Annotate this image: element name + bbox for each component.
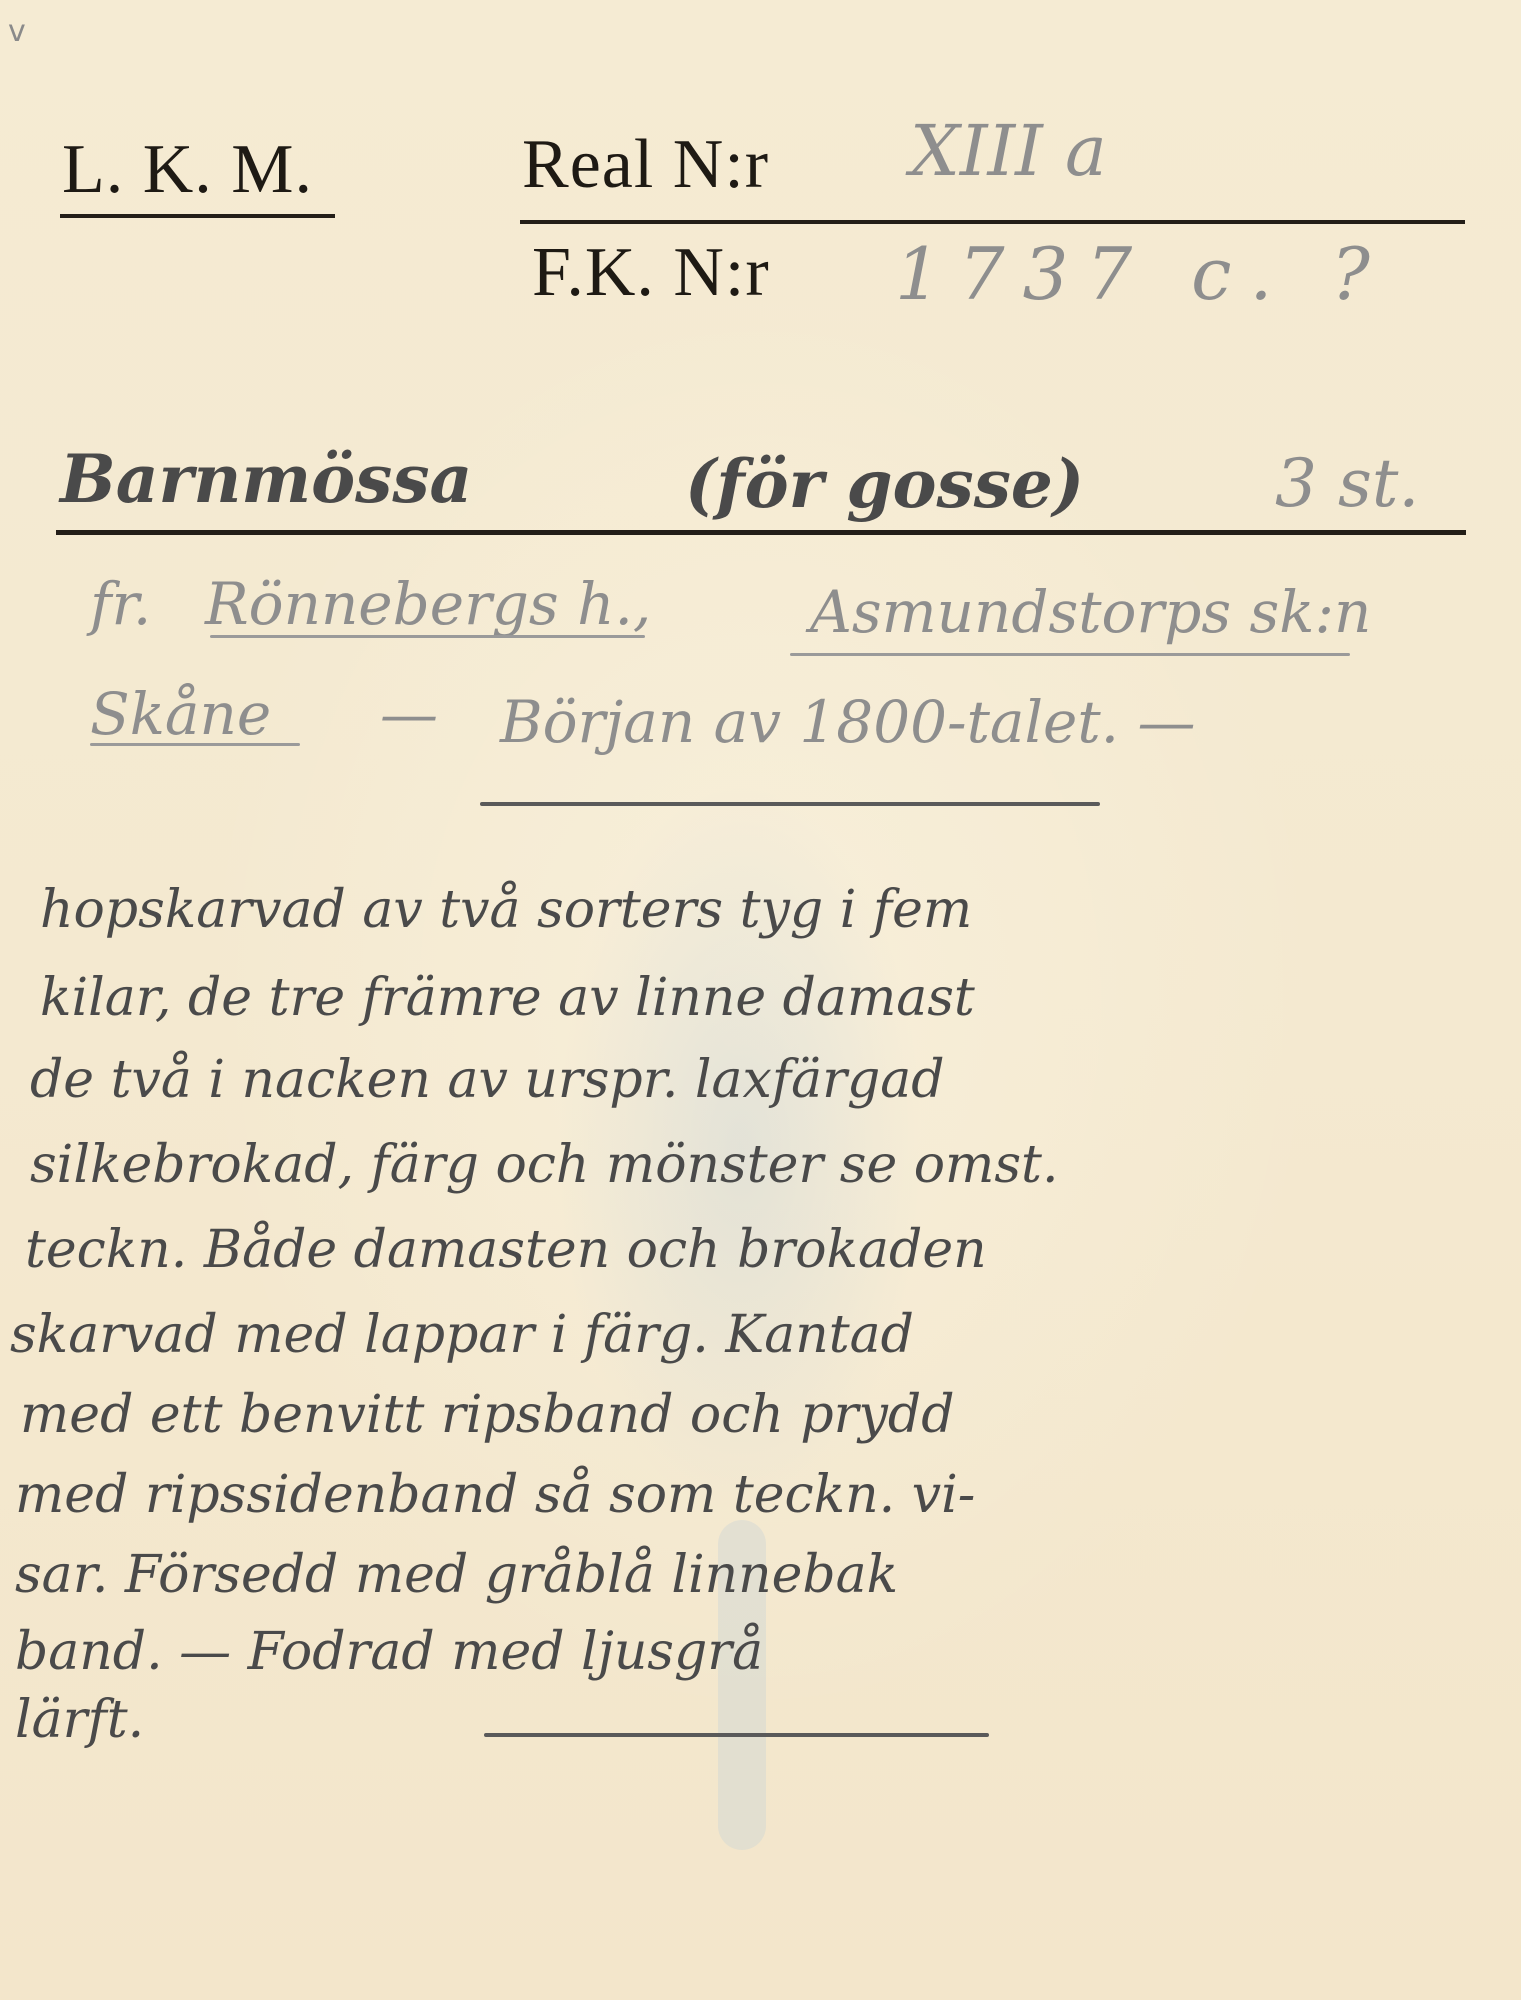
provenance-hundred: Rönnebergs h., (205, 570, 651, 638)
museum-underline (60, 214, 335, 218)
description-line: sar. Försedd med gråblå linnebak (15, 1545, 898, 1605)
object-title: Barnmössa (60, 440, 472, 518)
region-underline (90, 743, 300, 746)
section-divider (480, 802, 1100, 806)
museum-abbreviation: L. K. M. (62, 135, 313, 205)
title-rule (56, 530, 1466, 535)
description-line: med ripssidenband så som teckn. vi- (15, 1465, 975, 1525)
provenance-parish: Asmundstorps sk:n (810, 578, 1371, 646)
provenance-date: Början av 1800-talet. — (500, 688, 1196, 756)
description-line: hopskarvad av två sorters tyg i fem (40, 880, 972, 940)
real-nr-value: XIII a (910, 110, 1107, 192)
end-divider (484, 1733, 989, 1737)
object-subtitle: (för gosse) (685, 445, 1084, 523)
fk-nr-value: 1737 c. ? (895, 232, 1388, 316)
provenance-region: Skåne (90, 680, 271, 748)
provenance-prefix: fr. (90, 570, 151, 638)
provenance-dash: — (380, 680, 438, 748)
description-line: band. — Fodrad med ljusgrå (15, 1622, 763, 1682)
description-line: de två i nacken av urspr. laxfärgad (30, 1050, 945, 1110)
description-line: silkebrokad, färg och mönster se omst. (30, 1135, 1058, 1195)
description-line: skarvad med lappar i färg. Kantad (10, 1305, 914, 1365)
description-line: lärft. (15, 1690, 144, 1750)
description-line: med ett benvitt ripsband och prydd (20, 1385, 954, 1445)
check-mark: v (8, 14, 26, 49)
real-nr-label: Real N:r (522, 130, 769, 200)
object-quantity: 3 st. (1275, 445, 1419, 522)
hundred-underline (210, 635, 645, 638)
header-divider (520, 220, 1465, 224)
fk-nr-label: F.K. N:r (532, 238, 770, 308)
description-line: teckn. Både damasten och brokaden (25, 1220, 987, 1280)
parish-underline (790, 653, 1350, 656)
description-line: kilar, de tre främre av linne damast (40, 968, 975, 1028)
